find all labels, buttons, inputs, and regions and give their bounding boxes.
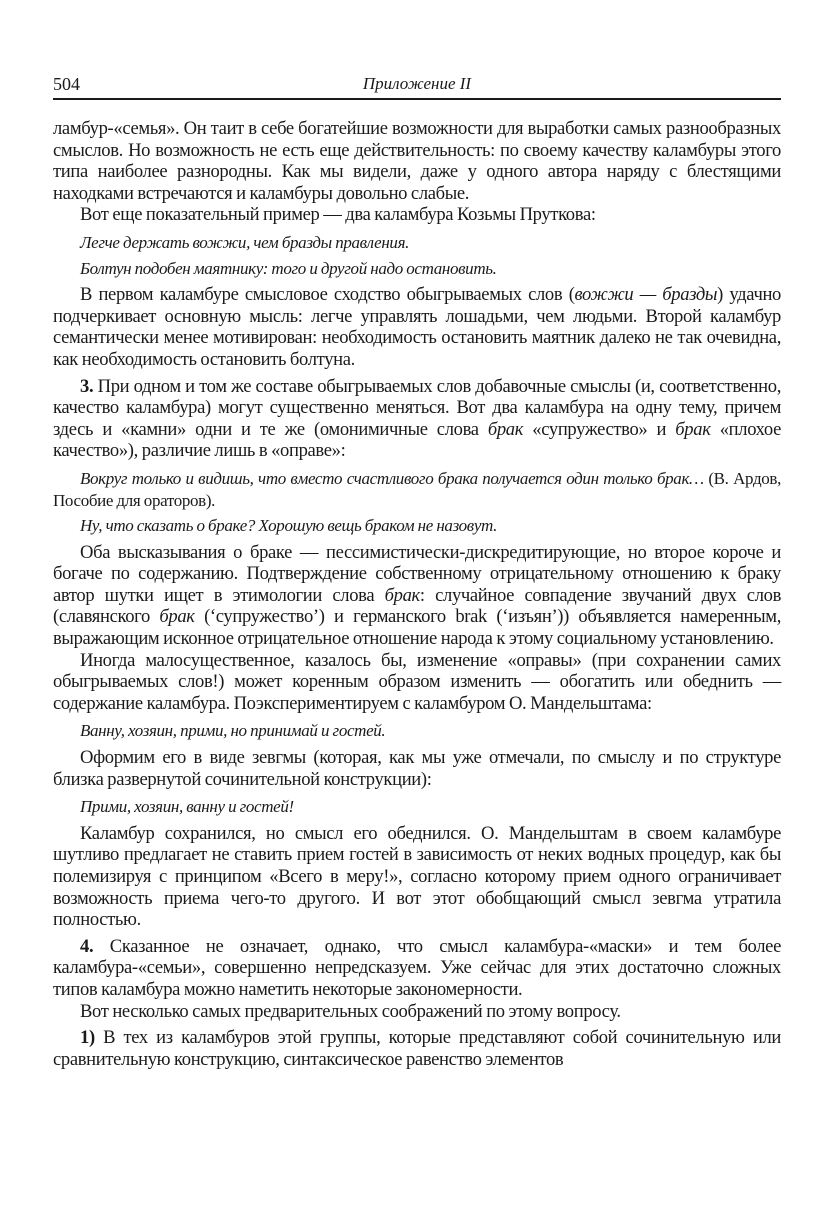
running-title: Приложение II <box>53 74 781 94</box>
paragraph: Оба высказывания о браке — пессимистичес… <box>53 542 781 650</box>
book-page: 504 Приложение II ламбур-«семья». Он таи… <box>53 72 781 1070</box>
item-number: 1) <box>80 1027 95 1048</box>
paragraph: В первом каламбуре смысловое сходство об… <box>53 284 781 370</box>
page-body: ламбур-«семья». Он таит в себе богатейши… <box>53 118 781 1070</box>
paragraph: Вот несколько самых предварительных сооб… <box>53 1001 781 1023</box>
example-quote: Легче держать вожжи, чем бразды правлени… <box>53 232 781 254</box>
example-quote: Прими, хозяин, ванну и гостей! <box>53 796 781 818</box>
emphasis: вожжи — бразды <box>575 284 718 305</box>
emphasis: брак <box>385 585 420 606</box>
page-header: 504 Приложение II <box>53 72 781 100</box>
paragraph: Оформим его в виде зевгмы (которая, как … <box>53 747 781 790</box>
emphasis: брак <box>488 419 523 440</box>
example-quote: Болтун подобен маятнику: того и другой н… <box>53 258 781 280</box>
paragraph: Каламбур сохранился, но смысл его обедни… <box>53 823 781 931</box>
numbered-paragraph: 3. При одном и том же составе обыгрываем… <box>53 376 781 462</box>
emphasis: брак <box>159 606 194 627</box>
example-quote: Ванну, хозяин, прими, но принимай и гост… <box>53 720 781 742</box>
section-number: 3. <box>80 376 93 397</box>
example-quote: Вокруг только и видишь, что вместо счаст… <box>53 468 781 511</box>
emphasis: брак <box>675 419 710 440</box>
paragraph: Вот еще показательный пример — два калам… <box>53 204 781 226</box>
numbered-paragraph: 1) В тех из каламбуров этой группы, кото… <box>53 1027 781 1070</box>
section-number: 4. <box>80 936 93 957</box>
example-quote: Ну, что сказать о браке? Хорошую вещь бр… <box>53 515 781 537</box>
paragraph: Иногда малосущественное, казалось бы, из… <box>53 650 781 715</box>
numbered-paragraph: 4. Сказанное не означает, однако, что см… <box>53 936 781 1001</box>
paragraph: ламбур-«семья». Он таит в себе богатейши… <box>53 118 781 204</box>
